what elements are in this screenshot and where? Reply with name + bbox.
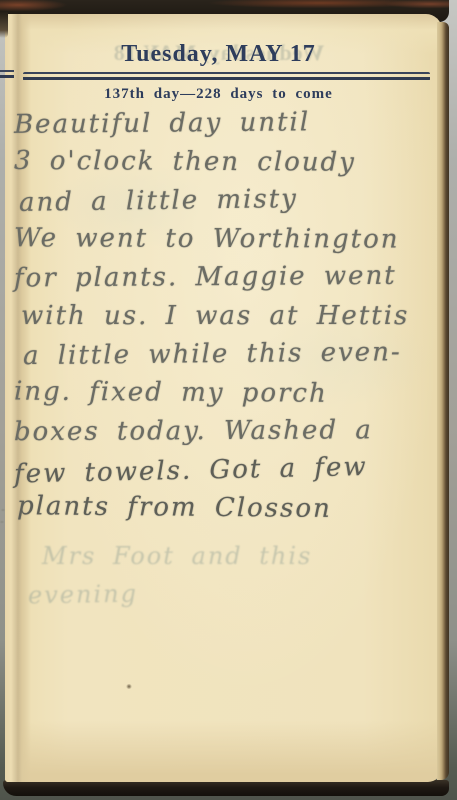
handwritten-line: and a little misty — [19, 178, 438, 222]
handwritten-line: ing. fixed my porch — [14, 372, 438, 413]
divider-rule — [23, 72, 430, 81]
handwritten-line: plants from Closson — [17, 487, 438, 529]
handwritten-line: 3 o'clock then cloudy — [14, 141, 438, 182]
binding-corner-left — [0, 12, 8, 38]
paper-speck — [126, 684, 132, 689]
bleedthrough-line: Mrs Foot and this — [42, 538, 422, 574]
handwritten-line: for plants. Maggie went — [14, 257, 438, 298]
scanned-diary-page: Wednesday, MAY 18 Tuesday, MAY 17 137th … — [0, 0, 457, 800]
date-title: Tuesday, MAY 17 — [0, 41, 437, 68]
handwritten-line: few towels. Got a few — [14, 446, 439, 493]
divider-rule-gutter-segment — [0, 70, 14, 79]
page-stack-edge — [437, 22, 449, 780]
handwritten-entry: Beautiful day until 3 o'clock then cloud… — [14, 104, 438, 528]
handwritten-line: Beautiful day until — [14, 102, 438, 144]
gutter-pencil-marks — [0, 506, 7, 530]
day-count-subtitle: 137th day—228 days to come — [0, 86, 437, 103]
bleedthrough-line: evening — [28, 571, 423, 614]
handwritten-line: a little while this even- — [23, 333, 438, 376]
bleedthrough-writing: Mrs Foot and this evening — [42, 538, 422, 610]
handwritten-line: We went to Worthington — [14, 219, 438, 259]
handwritten-line: boxes today. Washed a — [14, 411, 438, 452]
handwritten-line: with us. I was at Hettis — [21, 297, 438, 336]
book-binding-bottom — [3, 780, 449, 796]
